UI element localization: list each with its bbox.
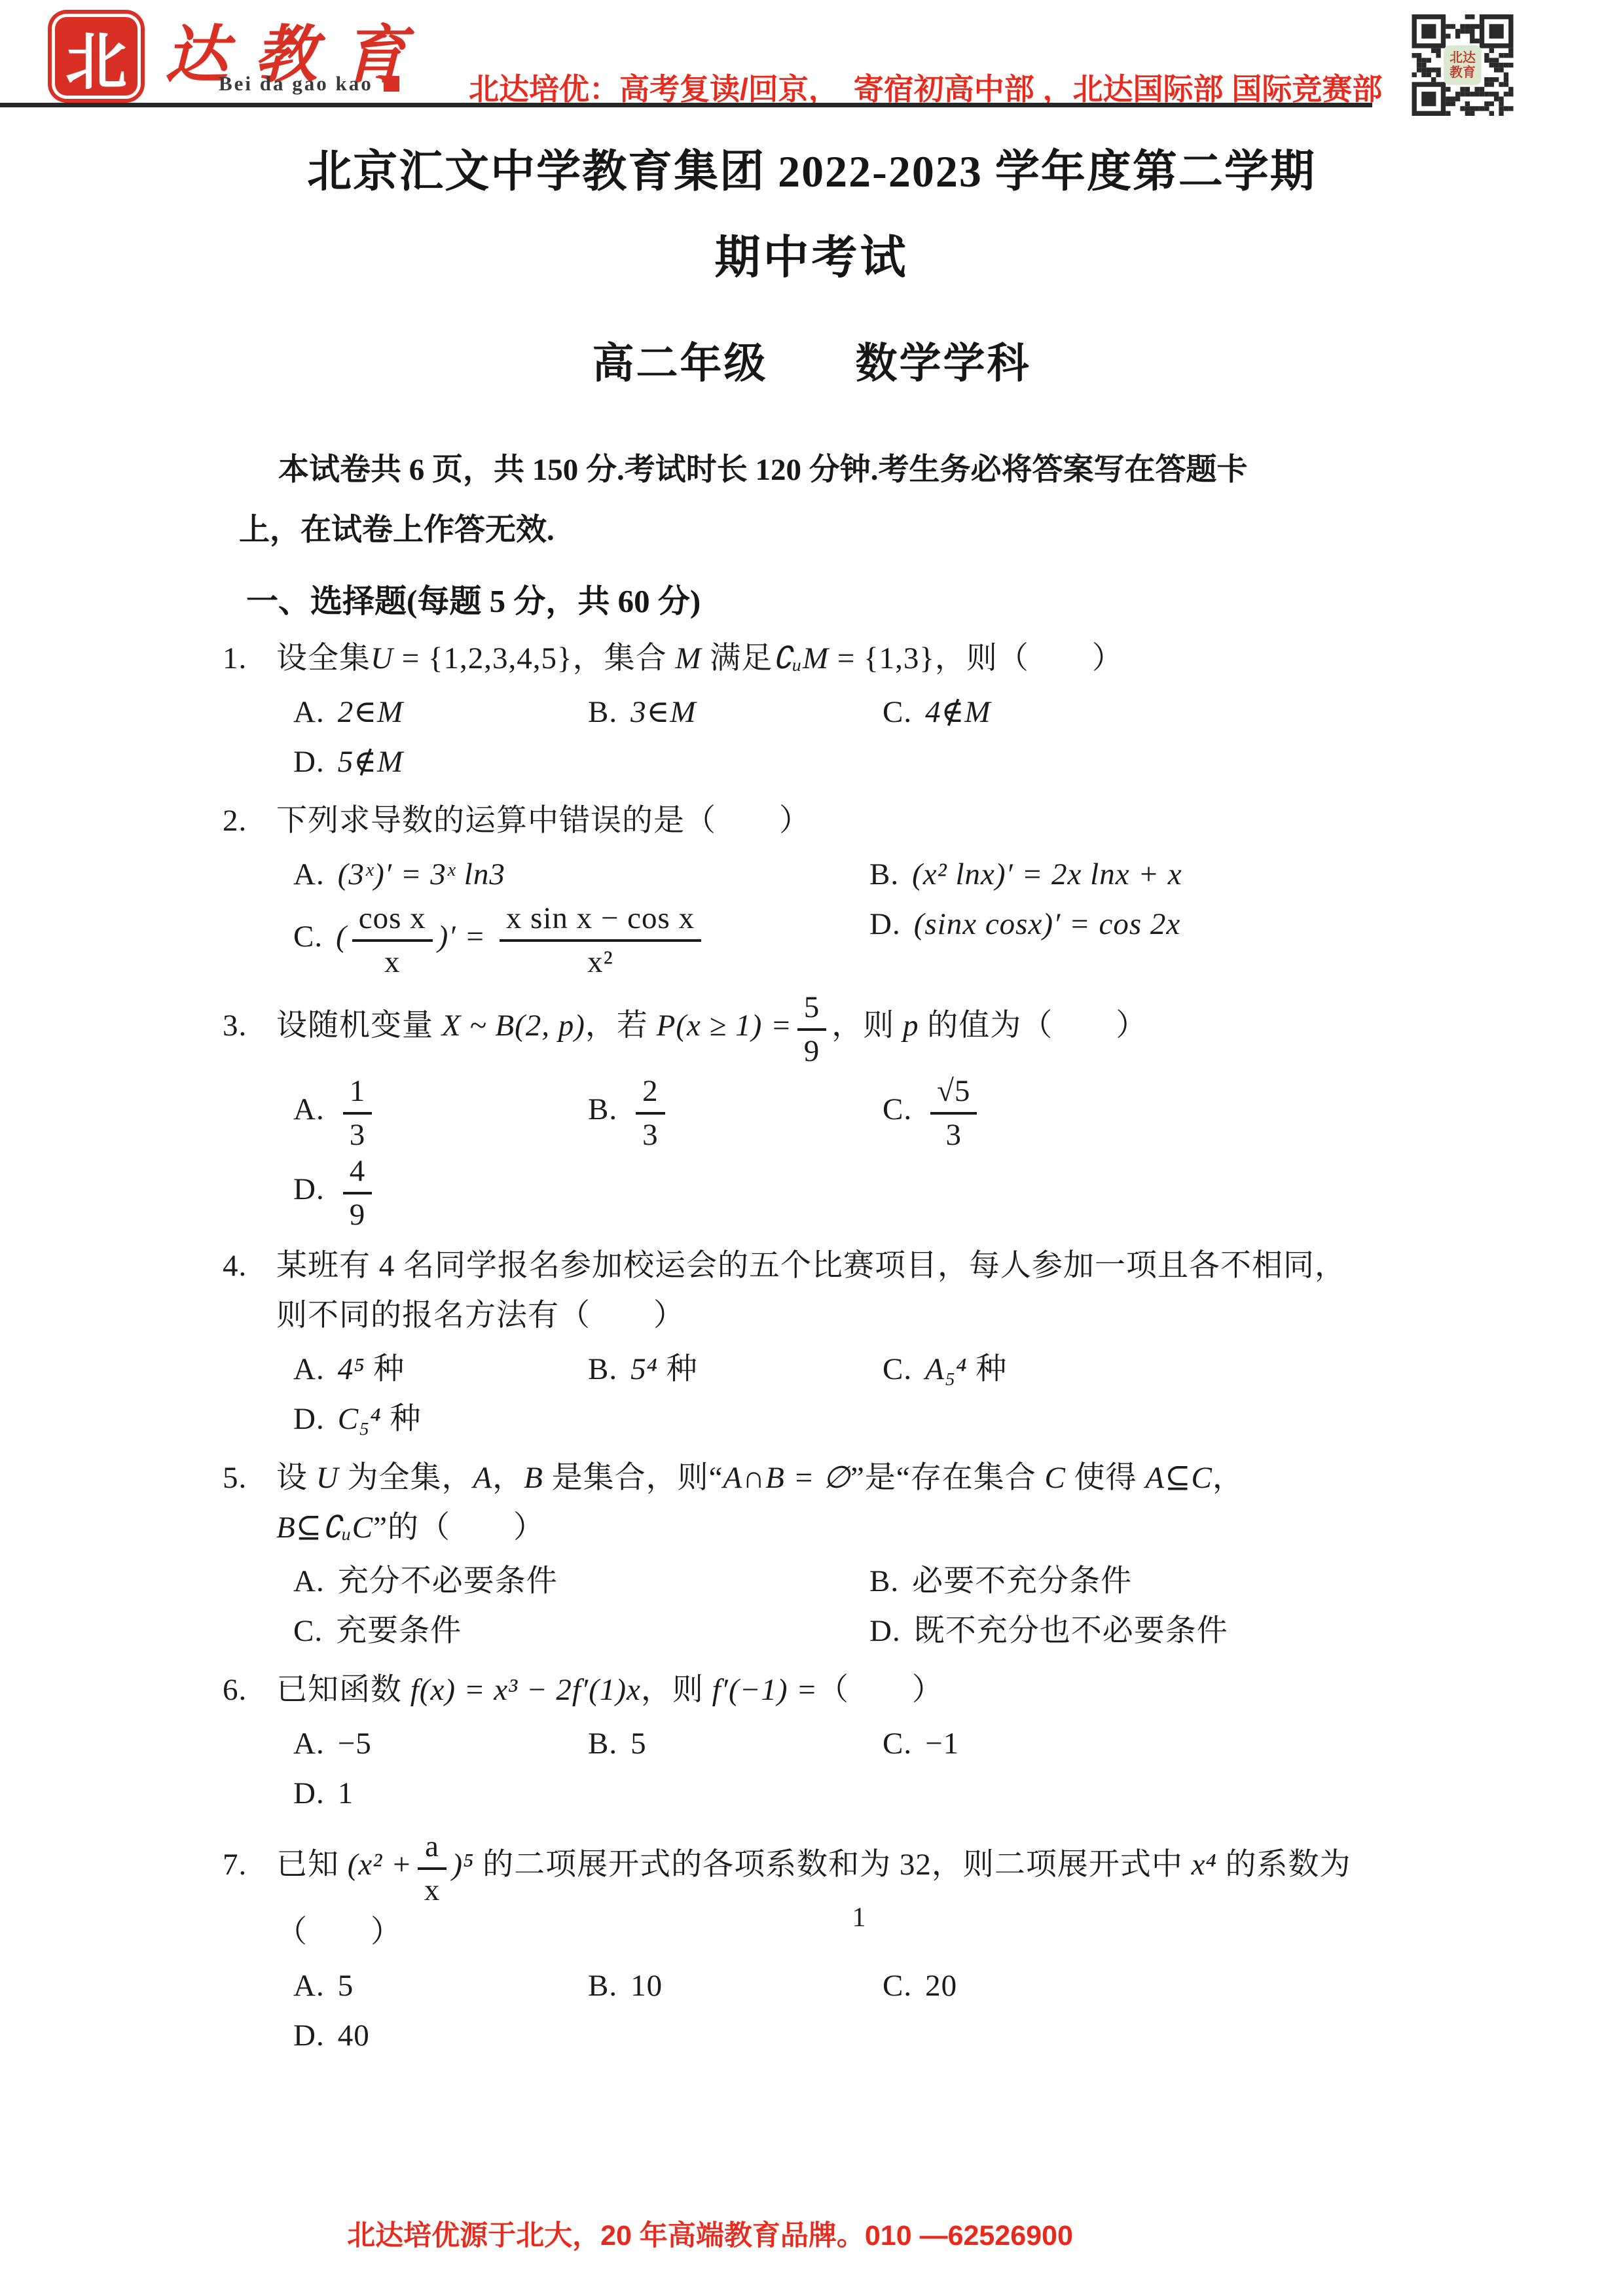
question-options: A.4⁵ 种B.5⁴ 种C.A₅⁴ 种D.C₅⁴ 种	[293, 1344, 1453, 1444]
option-label: C.	[883, 1352, 912, 1386]
math-text: (3ˣ)′ = 3ˣ ln3	[338, 857, 505, 891]
option-B: B.23	[588, 1072, 883, 1152]
question-number: 3.	[223, 1001, 276, 1050]
option-label: C.	[293, 920, 323, 954]
plain-text: ，若	[585, 1009, 657, 1043]
option-label: C.	[883, 1969, 912, 2003]
question-2: 2.下列求导数的运算中错误的是（ ）A.(3ˣ)′ = 3ˣ ln3B.(x² …	[223, 796, 1453, 979]
question-stem-line: B⊆∁ᵤC”的（ ）	[223, 1503, 1453, 1552]
option-label: A.	[293, 857, 325, 891]
plain-text: 某班有 4 名同学报名参加校运会的五个比赛项目，每人参加一项且各不相同，	[276, 1249, 1346, 1283]
option-C: C.√53	[883, 1072, 1177, 1152]
fraction-numerator: cos x	[352, 899, 433, 942]
option-label: A.	[293, 1092, 325, 1126]
option-B: B.3∈M	[588, 687, 883, 737]
fraction: 13	[343, 1072, 373, 1152]
option-B: B.5⁴ 种	[588, 1344, 883, 1394]
fraction-numerator: 5	[797, 988, 827, 1031]
option-label: B.	[588, 1969, 617, 2003]
fraction-numerator: √5	[930, 1072, 977, 1115]
math-text: A	[473, 1461, 492, 1495]
plain-text: 则不同的报名方法有（ ）	[276, 1299, 685, 1333]
plain-text: （ ）	[818, 1673, 943, 1707]
option-label: D.	[293, 2018, 325, 2053]
option-D: D.49	[293, 1152, 588, 1232]
plain-text: = {1,2,3,4,5}，集合	[393, 641, 675, 675]
option-label: D.	[293, 745, 325, 779]
math-text: P(x ≥ 1) =	[657, 1009, 792, 1043]
plain-text: ，则	[831, 1009, 903, 1043]
red-square-icon	[384, 76, 399, 92]
option-A: A.2∈M	[293, 687, 588, 737]
math-text: )⁵	[452, 1848, 474, 1882]
option-label: A.	[293, 1969, 325, 2003]
math-text: )′ =	[438, 920, 494, 954]
question-options: A.(3ˣ)′ = 3ˣ ln3B.(x² lnx)′ = 2x lnx + x…	[293, 850, 1453, 979]
math-text: f(x) = x³ − 2f′(1)x	[410, 1673, 641, 1707]
instruction-line: 本试卷共 6 页，共 150 分.考试时长 120 分钟.考生务必将答案写在答题…	[239, 440, 1453, 500]
fraction-denominator: 3	[930, 1115, 977, 1152]
fraction: cos xx	[352, 899, 433, 979]
option-label: B.	[869, 857, 899, 891]
plain-text: ”是“存在集合	[850, 1461, 1044, 1495]
qr-center-text: 北达	[1450, 49, 1476, 65]
math-text: (sinx cosx)′ = cos 2x	[914, 907, 1181, 941]
section-title-choice: 一、选择题(每题 5 分，共 60 分)	[246, 579, 1453, 624]
logo-seal-char: 北	[65, 12, 127, 101]
option-C: C.A₅⁴ 种	[883, 1344, 1177, 1394]
option-B: B.5	[588, 1719, 883, 1768]
option-label: C.	[883, 695, 912, 729]
math-text: p	[903, 1009, 919, 1043]
option-B: B.必要不充分条件	[869, 1556, 1446, 1606]
option-label: A.	[293, 1352, 325, 1386]
exam-page: 北 达教育 Bei da gao kao 北达培优：高考复读/回京， 寄宿初高中…	[0, 0, 1623, 2296]
plain-text: = {1,3}，则（ ）	[829, 641, 1123, 675]
math-text: 4⁵	[338, 1352, 365, 1386]
fraction-denominator: 3	[636, 1115, 665, 1152]
math-text: C	[1045, 1461, 1066, 1495]
plain-text: 的值为（ ）	[919, 1009, 1148, 1043]
option-A: A.(3ˣ)′ = 3ˣ ln3	[293, 850, 869, 899]
plain-text: 充要条件	[336, 1614, 462, 1648]
question-number: 7.	[223, 1840, 276, 1890]
math-text: X ~ B(2, p)	[442, 1009, 585, 1043]
option-label: B.	[588, 695, 617, 729]
fraction-numerator: 4	[343, 1152, 373, 1194]
math-text: 5∉M	[338, 745, 403, 779]
option-label: C.	[883, 1092, 912, 1126]
option-label: A.	[293, 1727, 325, 1761]
plain-text: 充分不必要条件	[338, 1564, 558, 1598]
fraction-denominator: 9	[797, 1031, 827, 1068]
question-options: A.−5B.5C.−1D.1	[293, 1719, 1453, 1818]
logo-caption-text: Bei da gao kao	[219, 72, 373, 95]
question-stem-line: （ ）	[223, 1907, 1453, 1957]
math-text: 3∈M	[630, 695, 696, 729]
logo-caption: Bei da gao kao	[219, 72, 399, 96]
page-number: 1	[852, 1902, 866, 1933]
plain-text: 的二项展开式的各项系数和为 32，则二项展开式中	[474, 1848, 1191, 1882]
plain-text: 的系数为	[1217, 1848, 1351, 1882]
math-text: f′(−1) =	[712, 1673, 818, 1707]
math-text: (x² +	[348, 1848, 412, 1882]
question-stem-line: 5.设 U 为全集，A，B 是集合，则“A∩B = ∅”是“存在集合 C 使得 …	[223, 1453, 1453, 1503]
option-label: C.	[293, 1614, 323, 1648]
exam-content: 本试卷共 6 页，共 150 分.考试时长 120 分钟.考生务必将答案写在答题…	[0, 440, 1623, 2060]
question-stem-line: 4.某班有 4 名同学报名参加校运会的五个比赛项目，每人参加一项且各不相同，	[223, 1241, 1453, 1291]
plain-text: 为全集，	[339, 1461, 473, 1495]
question-list: 1.设全集U = {1,2,3,4,5}，集合 M 满足∁ᵤM = {1,3}，…	[223, 634, 1453, 2060]
plain-text: 5	[338, 1969, 354, 2003]
fraction-numerator: x sin x − cos x	[500, 899, 701, 942]
math-text: x⁴	[1192, 1848, 1217, 1882]
qr-center-text: 教育	[1450, 64, 1476, 80]
math-text: B	[524, 1461, 543, 1495]
option-D: D.1	[293, 1768, 588, 1818]
question-4: 4.某班有 4 名同学报名参加校运会的五个比赛项目，每人参加一项且各不相同，则不…	[223, 1241, 1453, 1444]
logo-seal: 北	[55, 17, 137, 96]
fraction-numerator: a	[418, 1827, 447, 1870]
plain-text: 20	[925, 1969, 957, 2003]
plain-text: 种	[382, 1402, 422, 1436]
question-stem-line: 1.设全集U = {1,2,3,4,5}，集合 M 满足∁ᵤM = {1,3}，…	[223, 634, 1453, 683]
question-number: 6.	[223, 1665, 276, 1715]
plain-text: 是集合，则“	[543, 1461, 723, 1495]
option-D: D.既不充分也不必要条件	[869, 1606, 1446, 1656]
header-divider	[0, 103, 1372, 107]
option-label: B.	[869, 1564, 899, 1598]
math-text: A∩B = ∅	[723, 1461, 851, 1495]
plain-text: 既不充分也不必要条件	[914, 1614, 1228, 1648]
plain-text: ，	[492, 1461, 524, 1495]
math-text: U	[316, 1461, 339, 1495]
title-school-term: 北京汇文中学教育集团 2022-2023 学年度第二学期	[0, 147, 1623, 196]
fraction: x sin x − cos xx²	[500, 899, 701, 979]
page-header: 北 达教育 Bei da gao kao 北达培优：高考复读/回京， 寄宿初高中…	[0, 0, 1623, 117]
option-A: A.充分不必要条件	[293, 1556, 869, 1606]
option-A: A.4⁵ 种	[293, 1344, 588, 1394]
question-3: 3.设随机变量 X ~ B(2, p)，若 P(x ≥ 1) =59，则 p 的…	[223, 988, 1453, 1232]
question-number: 5.	[223, 1453, 276, 1503]
plain-text: 必要不充分条件	[912, 1564, 1132, 1598]
plain-text: 设随机变量	[276, 1009, 442, 1043]
question-number: 4.	[223, 1241, 276, 1291]
math-text: 2∈M	[338, 695, 403, 729]
option-C: C.4∉M	[883, 687, 1177, 737]
option-label: C.	[883, 1727, 912, 1761]
plain-text: 设	[276, 1461, 316, 1495]
question-stem-line: 7.已知 (x² +ax)⁵ 的二项展开式的各项系数和为 32，则二项展开式中 …	[223, 1827, 1453, 1907]
question-number: 2.	[223, 796, 276, 846]
option-C: C.20	[883, 1961, 1177, 2011]
plain-text: 种	[365, 1352, 405, 1386]
question-options: A.13B.23C.√53D.49	[293, 1072, 1453, 1232]
question-stem-line: 则不同的报名方法有（ ）	[223, 1291, 1453, 1340]
plain-text: ，	[1213, 1461, 1244, 1495]
fraction: ax	[418, 1827, 447, 1907]
plain-text: ，则	[641, 1673, 712, 1707]
option-D: D.40	[293, 2011, 588, 2060]
option-A: A.5	[293, 1961, 588, 2011]
option-label: A.	[293, 1564, 325, 1598]
fraction-denominator: x²	[500, 942, 701, 979]
math-text: C₅⁴	[338, 1402, 382, 1436]
question-5: 5.设 U 为全集，A，B 是集合，则“A∩B = ∅”是“存在集合 C 使得 …	[223, 1453, 1453, 1656]
fraction-numerator: 1	[343, 1072, 373, 1115]
math-text: A₅⁴	[925, 1352, 967, 1386]
option-D: D.C₅⁴ 种	[293, 1394, 588, 1444]
exam-instructions: 本试卷共 6 页，共 150 分.考试时长 120 分钟.考生务必将答案写在答题…	[239, 440, 1453, 560]
math-text: (	[336, 920, 347, 954]
plain-text: 下列求导数的运算中错误的是（ ）	[276, 804, 811, 838]
option-A: A.13	[293, 1072, 588, 1152]
plain-text: 40	[338, 2018, 370, 2053]
fraction-denominator: 9	[343, 1194, 373, 1232]
title-grade-subject: 高二年级 数学学科	[0, 340, 1623, 387]
plain-text: 设全集	[276, 641, 371, 675]
question-1: 1.设全集U = {1,2,3,4,5}，集合 M 满足∁ᵤM = {1,3}，…	[223, 634, 1453, 787]
option-label: D.	[293, 1402, 325, 1436]
question-stem-line: 3.设随机变量 X ~ B(2, p)，若 P(x ≥ 1) =59，则 p 的…	[223, 988, 1453, 1068]
question-7: 7.已知 (x² +ax)⁵ 的二项展开式的各项系数和为 32，则二项展开式中 …	[223, 1827, 1453, 2060]
question-stem-line: 6.已知函数 f(x) = x³ − 2f′(1)x，则 f′(−1) =（ ）	[223, 1665, 1453, 1715]
math-text: ∁ᵤM	[773, 641, 829, 675]
footer-text: 北达培优源于北大，20 年高端教育品牌。010 —62526900	[347, 2214, 1073, 2253]
option-C: C.充要条件	[293, 1606, 869, 1656]
fraction: 59	[797, 988, 827, 1068]
plain-text: −5	[338, 1727, 372, 1761]
instruction-line: 上，在试卷上作答无效.	[239, 500, 1453, 560]
plain-text: ”的（ ）	[373, 1511, 545, 1545]
option-B: B.10	[588, 1961, 883, 2011]
question-options: A.2∈MB.3∈MC.4∉MD.5∉M	[293, 687, 1453, 787]
question-options: A.5B.10C.20D.40	[293, 1961, 1453, 2060]
math-text: A⊆C	[1145, 1461, 1212, 1495]
option-D: D.(sinx cosx)′ = cos 2x	[869, 899, 1446, 979]
fraction-denominator: x	[352, 942, 433, 979]
plain-text: 1	[338, 1776, 354, 1810]
plain-text: 使得	[1066, 1461, 1146, 1495]
math-text: B⊆∁ᵤC	[276, 1511, 373, 1545]
option-label: D.	[293, 1172, 325, 1206]
fraction: √53	[930, 1072, 977, 1152]
plain-text: 已知函数	[276, 1673, 410, 1707]
fraction: 49	[343, 1152, 373, 1232]
math-text: (x² lnx)′ = 2x lnx + x	[912, 857, 1182, 891]
option-label: A.	[293, 695, 325, 729]
option-label: B.	[588, 1092, 617, 1126]
plain-text: 10	[630, 1969, 663, 2003]
plain-text: −1	[925, 1727, 959, 1761]
question-number: 1.	[223, 634, 276, 683]
question-options: A.充分不必要条件B.必要不充分条件C.充要条件D.既不充分也不必要条件	[293, 1556, 1453, 1656]
option-label: D.	[869, 907, 901, 941]
math-text: M	[675, 641, 701, 675]
fraction: 23	[636, 1072, 665, 1152]
option-label: B.	[588, 1352, 617, 1386]
math-text: 5⁴	[630, 1352, 658, 1386]
fraction-denominator: 3	[343, 1115, 373, 1152]
plain-text: 已知	[276, 1848, 348, 1882]
math-text: 4∉M	[925, 695, 991, 729]
option-C: C.(cos xx)′ = x sin x − cos xx²	[293, 899, 869, 979]
option-label: D.	[293, 1776, 325, 1810]
qr-code-icon: 北达教育	[1409, 14, 1516, 116]
option-B: B.(x² lnx)′ = 2x lnx + x	[869, 850, 1446, 899]
title-exam-type: 期中考试	[0, 233, 1623, 284]
fraction-denominator: x	[418, 1870, 447, 1907]
option-label: D.	[869, 1614, 901, 1648]
question-stem-line: 2.下列求导数的运算中错误的是（ ）	[223, 796, 1453, 846]
option-C: C.−1	[883, 1719, 1177, 1768]
plain-text: 满足	[701, 641, 773, 675]
plain-text: （ ）	[276, 1915, 402, 1949]
option-D: D.5∉M	[293, 737, 588, 787]
option-label: B.	[588, 1727, 617, 1761]
plain-text: 种	[658, 1352, 698, 1386]
plain-text: 5	[630, 1727, 647, 1761]
fraction-numerator: 2	[636, 1072, 665, 1115]
question-6: 6.已知函数 f(x) = x³ − 2f′(1)x，则 f′(−1) =（ ）…	[223, 1665, 1453, 1818]
math-text: U	[371, 641, 393, 675]
option-A: A.−5	[293, 1719, 588, 1768]
plain-text: 种	[968, 1352, 1008, 1386]
